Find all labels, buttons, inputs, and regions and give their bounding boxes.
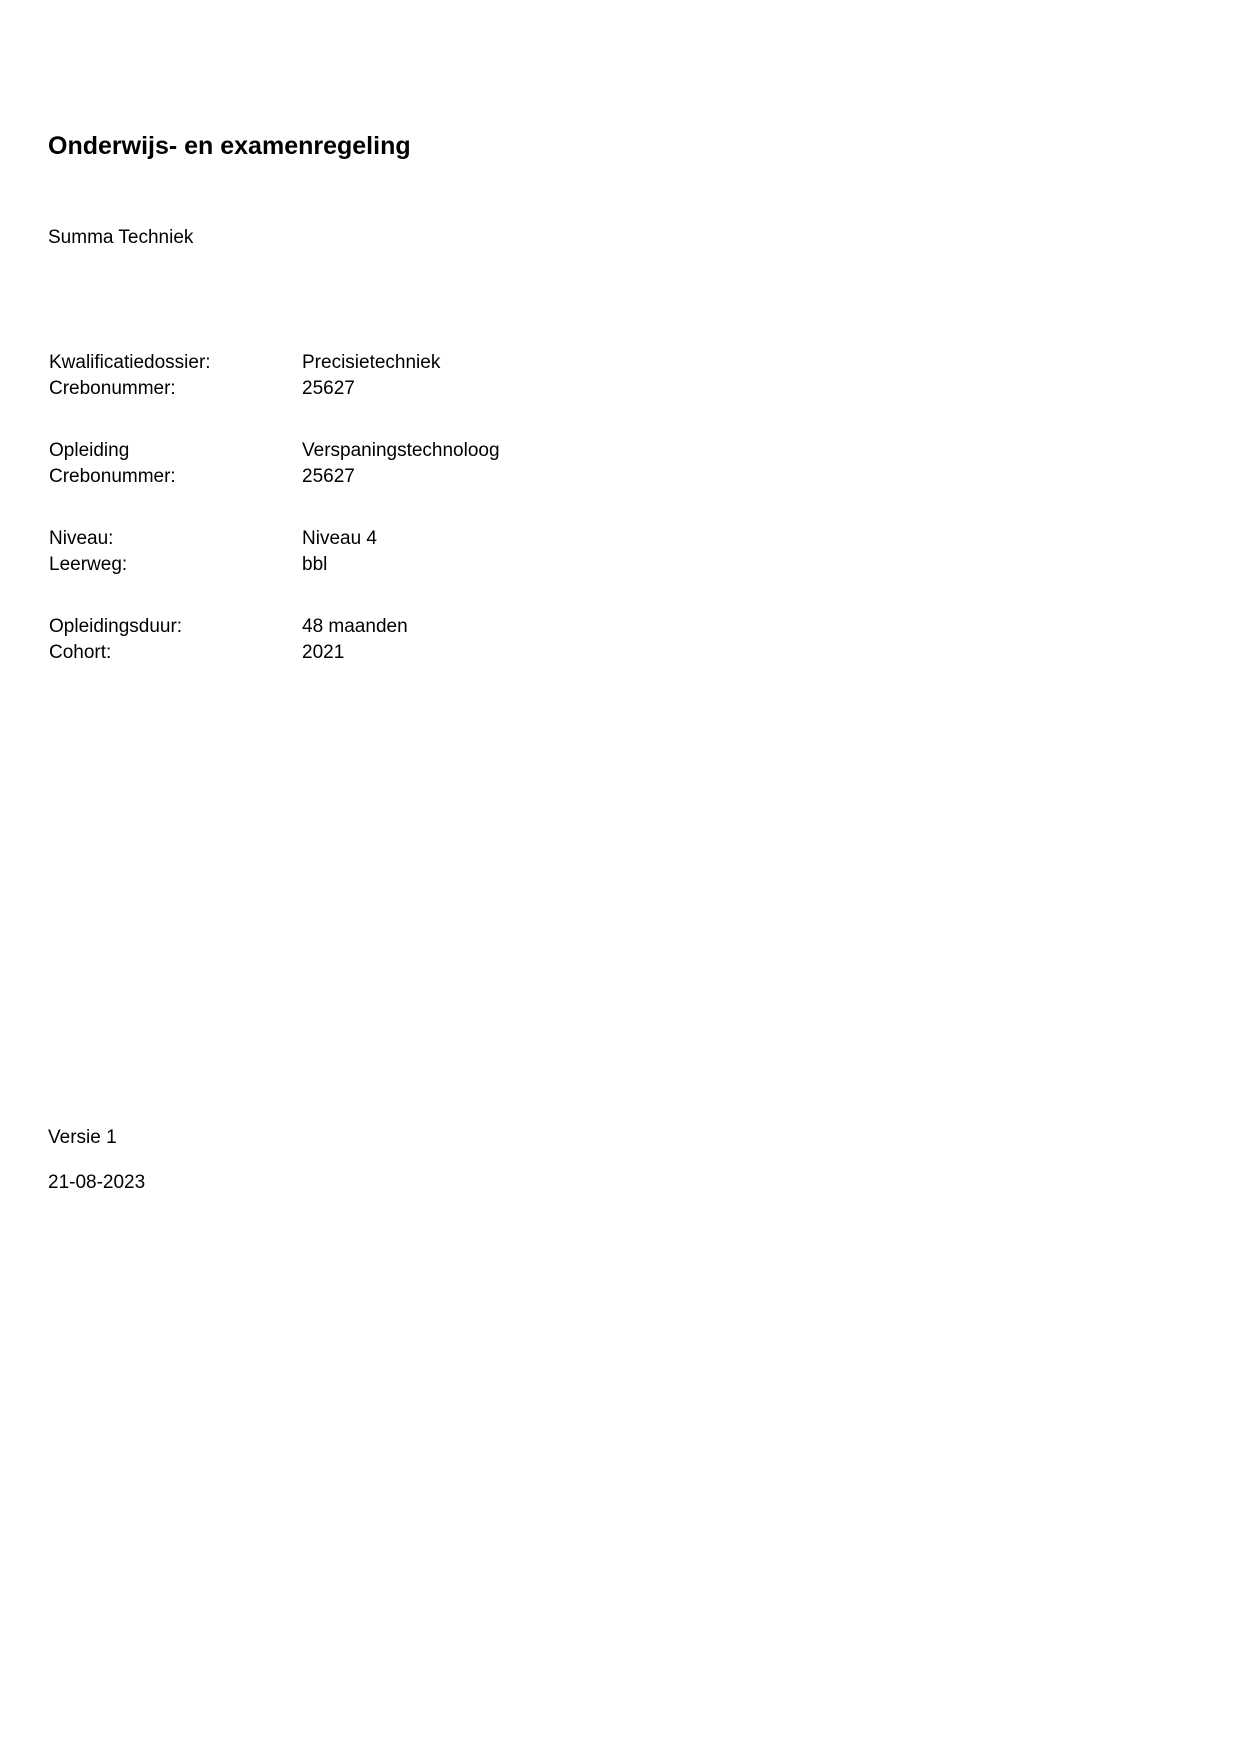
info-value: 2021 <box>302 640 602 666</box>
info-row-level: Niveau: Niveau 4 <box>49 526 602 552</box>
info-value: Precisietechniek <box>302 350 602 376</box>
info-row-learning-path: Leerweg: bbl <box>49 552 602 578</box>
info-value: 25627 <box>302 464 602 490</box>
info-label: Cohort: <box>49 640 302 666</box>
info-row-education: Opleiding Verspaningstechnoloog <box>49 438 602 464</box>
document-version: Versie 1 <box>48 1126 117 1150</box>
document-title: Onderwijs- en examenregeling <box>48 130 411 162</box>
institution-name: Summa Techniek <box>48 226 193 250</box>
info-label: Leerweg: <box>49 552 302 578</box>
info-value: 48 maanden <box>302 614 602 640</box>
info-label: Opleiding <box>49 438 302 464</box>
document-date: 21-08-2023 <box>48 1171 145 1195</box>
info-label: Kwalificatiedossier: <box>49 350 302 376</box>
qualification-info-table: Kwalificatiedossier: Precisietechniek Cr… <box>49 350 602 702</box>
info-row-crebo-number: Crebonummer: 25627 <box>49 464 602 490</box>
info-value: bbl <box>302 552 602 578</box>
info-label: Opleidingsduur: <box>49 614 302 640</box>
info-group-education: Opleiding Verspaningstechnoloog Crebonum… <box>49 438 602 490</box>
info-group-level: Niveau: Niveau 4 Leerweg: bbl <box>49 526 602 578</box>
info-value: Verspaningstechnoloog <box>302 438 602 464</box>
info-group-qualification-dossier: Kwalificatiedossier: Precisietechniek Cr… <box>49 350 602 402</box>
info-row-crebo-number: Crebonummer: 25627 <box>49 376 602 402</box>
info-value: 25627 <box>302 376 602 402</box>
info-row-cohort: Cohort: 2021 <box>49 640 602 666</box>
info-row-qualification-dossier: Kwalificatiedossier: Precisietechniek <box>49 350 602 376</box>
info-value: Niveau 4 <box>302 526 602 552</box>
info-label: Crebonummer: <box>49 464 302 490</box>
info-row-duration: Opleidingsduur: 48 maanden <box>49 614 602 640</box>
info-label: Niveau: <box>49 526 302 552</box>
info-label: Crebonummer: <box>49 376 302 402</box>
info-group-duration: Opleidingsduur: 48 maanden Cohort: 2021 <box>49 614 602 666</box>
